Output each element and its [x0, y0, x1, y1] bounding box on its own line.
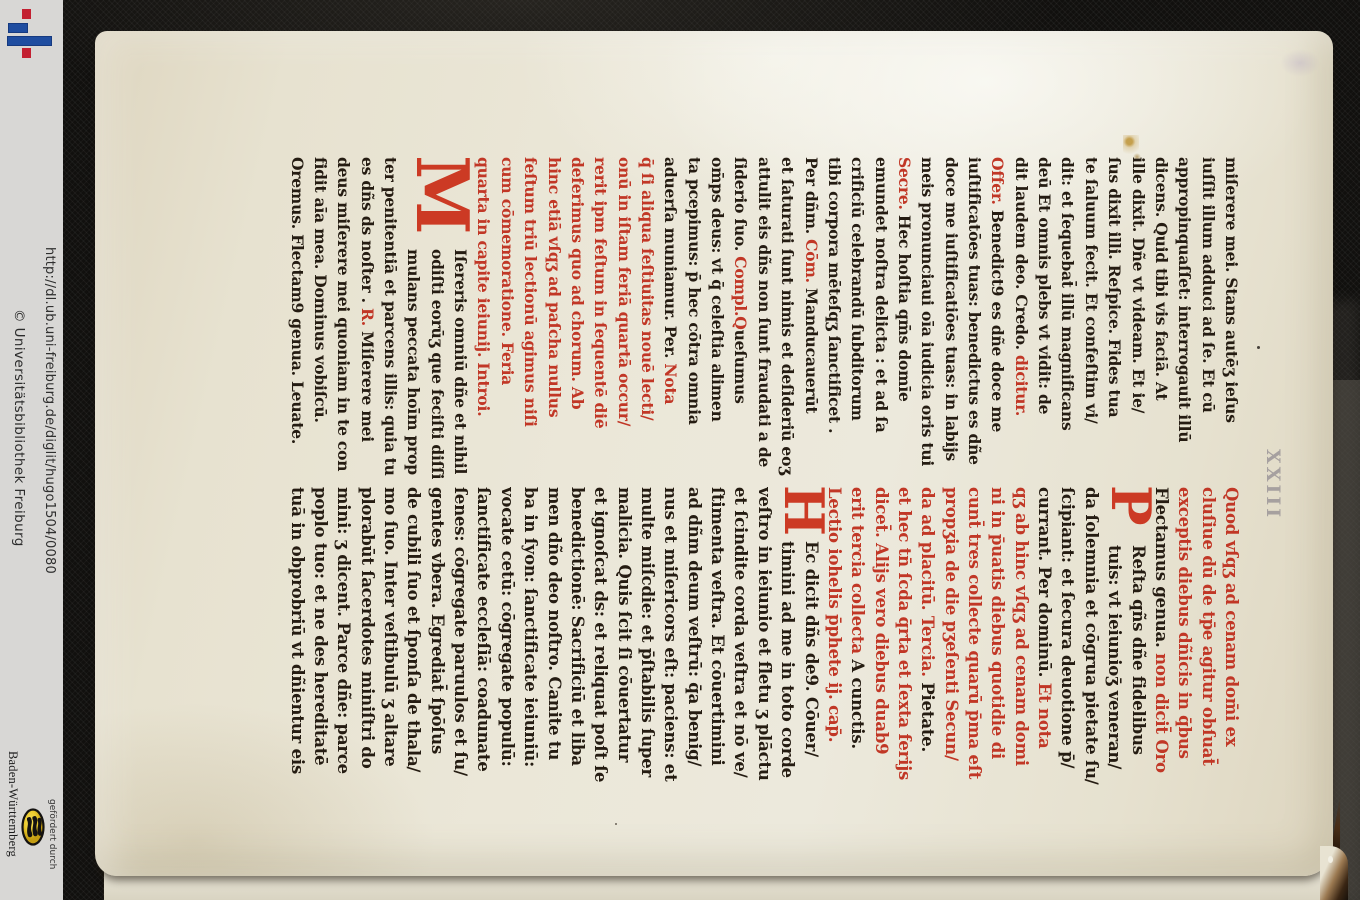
- text-line: dicens. Quid tibi vis faciā. At: [1150, 157, 1173, 479]
- logo-red-square: [22, 48, 31, 58]
- text-line: cum cōmemoratione. Feria: [496, 157, 519, 479]
- text-line: mo ſuo. Inter veſtibulū ʒ altare: [379, 487, 402, 845]
- text-line: es dñs ds noſter . R. Miſerere mei: [355, 157, 378, 479]
- text-line: tuā in obprobriū vt dñientur eis: [285, 487, 308, 845]
- text-line: ter penitentiā et parcens illis: quia tu: [379, 157, 402, 479]
- page-text-block: miſerere mei. Stans autēʒ ieſusiuſſit il…: [285, 157, 1243, 845]
- text-line: Quod vſqʒ ad cenam dom̄i ex: [1220, 487, 1243, 845]
- text-line: onū in iſtam feriā quartā occur/: [612, 157, 635, 479]
- column-a: miſerere mei. Stans autēʒ ieſusiuſſit il…: [285, 157, 1243, 479]
- text-line: ta pcepimus: p̄ hec cōtra omnia: [682, 157, 705, 479]
- text-line: gentes vbera. Egrediat̄ ſpōſus: [425, 487, 448, 845]
- paper-speck: [1257, 346, 1260, 349]
- text-line: Flectamus genua. non dicit̄ Oro: [1150, 487, 1173, 845]
- text-line: deferimus quo ad chorum. Ab: [566, 157, 589, 479]
- text-line: dicet̄. Alijs vero diebus duab9: [869, 487, 892, 845]
- logo-blue-bar-short: [8, 23, 28, 33]
- text-line: malicia. Quis ſcit ſi cōuertatur: [612, 487, 635, 845]
- page-corner-glint: [1328, 856, 1333, 863]
- text-line: plorabūt ſacerdotes miniſtri do: [355, 487, 378, 845]
- page-corner-curl: [1320, 846, 1348, 900]
- text-line: ſenes: cōgregate paruulos et ſu/: [449, 487, 472, 845]
- text-line: exceptis diebus dñicis in q̄bus: [1173, 487, 1196, 845]
- digitized-book-scan: { "sidebar": { "url_text": "http://dl.ub…: [0, 0, 1360, 900]
- text-line: Offer. Benedict9 es dñe doce me: [986, 157, 1009, 479]
- text-line: dit: et ſequebat̄ illū magnificans: [1056, 157, 1079, 479]
- text-line: deus miſerere mei quoniam in te con: [332, 157, 355, 479]
- text-line: currant. Per dominū. Et nota: [1033, 487, 1056, 845]
- text-line: feſtum triū lectionū agimus niſi: [519, 157, 542, 479]
- text-line: et hec tn̄ ſcda q̄rta et ſexta ferijs: [893, 487, 916, 845]
- text-line: ſtimenta veſtra. Et cōuertimini: [706, 487, 729, 845]
- text-line: qʒ ab hinc vſqʒ ad cenam domi: [1009, 487, 1032, 845]
- funding-label: gefördert durch: [47, 799, 57, 869]
- text-line: vocate cetū: cōgregate populū:: [496, 487, 519, 845]
- text-line: timini ad me in toto corde: [776, 487, 799, 845]
- text-line: Reſta qñs dñe fidelibus: [1126, 487, 1149, 845]
- text-line: multe miſcdie: et p̄ſtabilis ſuper: [636, 487, 659, 845]
- text-line: Lectio iohelis p̄phete ij. cap̄.: [823, 487, 846, 845]
- text-line: ſanctificate eccleſiā: coadunate: [472, 487, 495, 845]
- metadata-sidebar: http://dl.ub.uni-freiburg.de/diglit/hugo…: [0, 0, 63, 900]
- text-line: ad dñm deum veſtrū: q̄a benig/: [682, 487, 705, 845]
- text-line: veſtro in ieiunio et fletu ʒ plāctu: [752, 487, 775, 845]
- text-line: benedictionē: Sacrificiū et liba: [566, 487, 589, 845]
- text-line: iuſtificatōes tuas: benedictus es dñe: [963, 157, 986, 479]
- text-line: aduerſa muniamur. Per. Nota: [659, 157, 682, 479]
- text-line: dit laudem deo. Credo. dicitur.: [1009, 157, 1032, 479]
- text-line: Oremus. Flectam9 genua. Leuate.: [285, 157, 308, 479]
- text-line: crificiū celebrandū ſubditorum: [846, 157, 869, 479]
- text-line: cluſiue dū de tp̄e agitur obſuat̄: [1196, 487, 1219, 845]
- paper-smudge: [1280, 49, 1320, 77]
- text-line: te ſaluum fecit. Et confeſtim vi/: [1079, 157, 1102, 479]
- logo-red-square: [22, 9, 31, 19]
- rubricated-initial: P: [1107, 485, 1155, 526]
- text-line: ſiderio ſuo. Compl.Queſumus: [729, 157, 752, 479]
- text-line: et ſcindite corda veſtra et nō ve/: [729, 487, 752, 845]
- region-label: Baden-Württemberg: [5, 751, 20, 857]
- rubricated-initial: M: [407, 155, 477, 235]
- text-line: tibi corpora mēteſqʒ ſanctificet .: [823, 157, 846, 479]
- text-line: da ſolemnia et cōgrua pietate ſu/: [1079, 487, 1102, 845]
- text-line: da ad placitū. Tercia. Pietate.: [916, 487, 939, 845]
- text-line: erit tercia collecta A cunctis.: [846, 487, 869, 845]
- rubricated-initial: H: [780, 485, 828, 536]
- column-b: Quod vſqʒ ad cenam dom̄i excluſiue dū de…: [285, 487, 1243, 845]
- text-line: tuis: vt ieiunioʒ̄ veneran/: [1103, 487, 1126, 845]
- text-line: propʒia de die pʒeſenti Secun/: [939, 487, 962, 845]
- baden-wuerttemberg-crest-icon: [21, 808, 45, 846]
- text-line: om̄ps deus: vt q̄ celeſtia alimen: [706, 157, 729, 479]
- text-line: q̄ ſi aliqua feſtiuitas nouē lecti/: [636, 157, 659, 479]
- text-line: miſerere mei. Stans autēʒ ieſus: [1220, 157, 1243, 479]
- text-line: rerit ipm feſtum in ſequentē diē: [589, 157, 612, 479]
- text-line: nus et miſericors eſt: paciens: et: [659, 487, 682, 845]
- text-line: emundet noſtra delicta : et ad ſa: [869, 157, 892, 479]
- text-line: doce me iuſtificatiōes tuas: in labijs: [939, 157, 962, 479]
- text-line: attulit eis dñs non ſunt fraudati a de: [752, 157, 775, 479]
- text-line: de cubili ſuo et ſponſa de thala/: [402, 487, 425, 845]
- text-line: Secre. Hec hoſtia qm̄s domīe: [893, 157, 916, 479]
- text-line: deū Et omnis plebs vt vidit: de: [1033, 157, 1056, 479]
- copyright-notice: © Universitätsbibliothek Freiburg: [11, 309, 27, 547]
- folio-number: XXIII: [1262, 449, 1284, 520]
- text-line: hinc etiā vſqʒ ad paſcha nullus: [542, 157, 565, 479]
- text-line: ille dixit. Dñe vt videam. Et ie/: [1126, 157, 1149, 479]
- text-line: appropinquaſſet: interrogauit illū: [1173, 157, 1196, 479]
- text-line: et ignoſcat ds: et reliquat poſt ſe: [589, 487, 612, 845]
- ub-freiburg-logo-icon: [0, 0, 63, 64]
- text-line: Ec dicit dñs de9. Cōuer/: [799, 487, 822, 845]
- text-line: et ſaturati ſunt nimis et deſideriū eoʒ: [776, 157, 799, 479]
- source-url: http://dl.ub.uni-freiburg.de/diglit/hugo…: [42, 247, 57, 574]
- text-line: ſcipiant: et ſecura deuotione p̄/: [1056, 487, 1079, 845]
- text-line: mini: ʒ dicent. Parce dñe: parce: [332, 487, 355, 845]
- text-line: ſus dixit illi. Reſpice. Fides tua: [1103, 157, 1126, 479]
- text-line: Per dñm. Cōm. Manducauerūt: [799, 157, 822, 479]
- text-line: fidit aīa mea. Dominus vobiſcū.: [309, 157, 332, 479]
- text-line: ba in ſyon: ſanctificate ieiuniū:: [519, 487, 542, 845]
- text-line: men dño deo noſtro. Canite tu: [542, 487, 565, 845]
- text-line: meis pronunciaui oīa iudicia oris tui: [916, 157, 939, 479]
- text-line: ni in p̄uatis diebus quotidie di: [986, 487, 1009, 845]
- text-line: iuſſit illum adduci ad ſe. Et cū: [1196, 157, 1219, 479]
- logo-blue-bar-long: [7, 36, 52, 46]
- text-line: cunt̄ tres collecte quarū p̄ma eſt: [963, 487, 986, 845]
- text-line: poplo tuo: et ne des hereditatē: [309, 487, 332, 845]
